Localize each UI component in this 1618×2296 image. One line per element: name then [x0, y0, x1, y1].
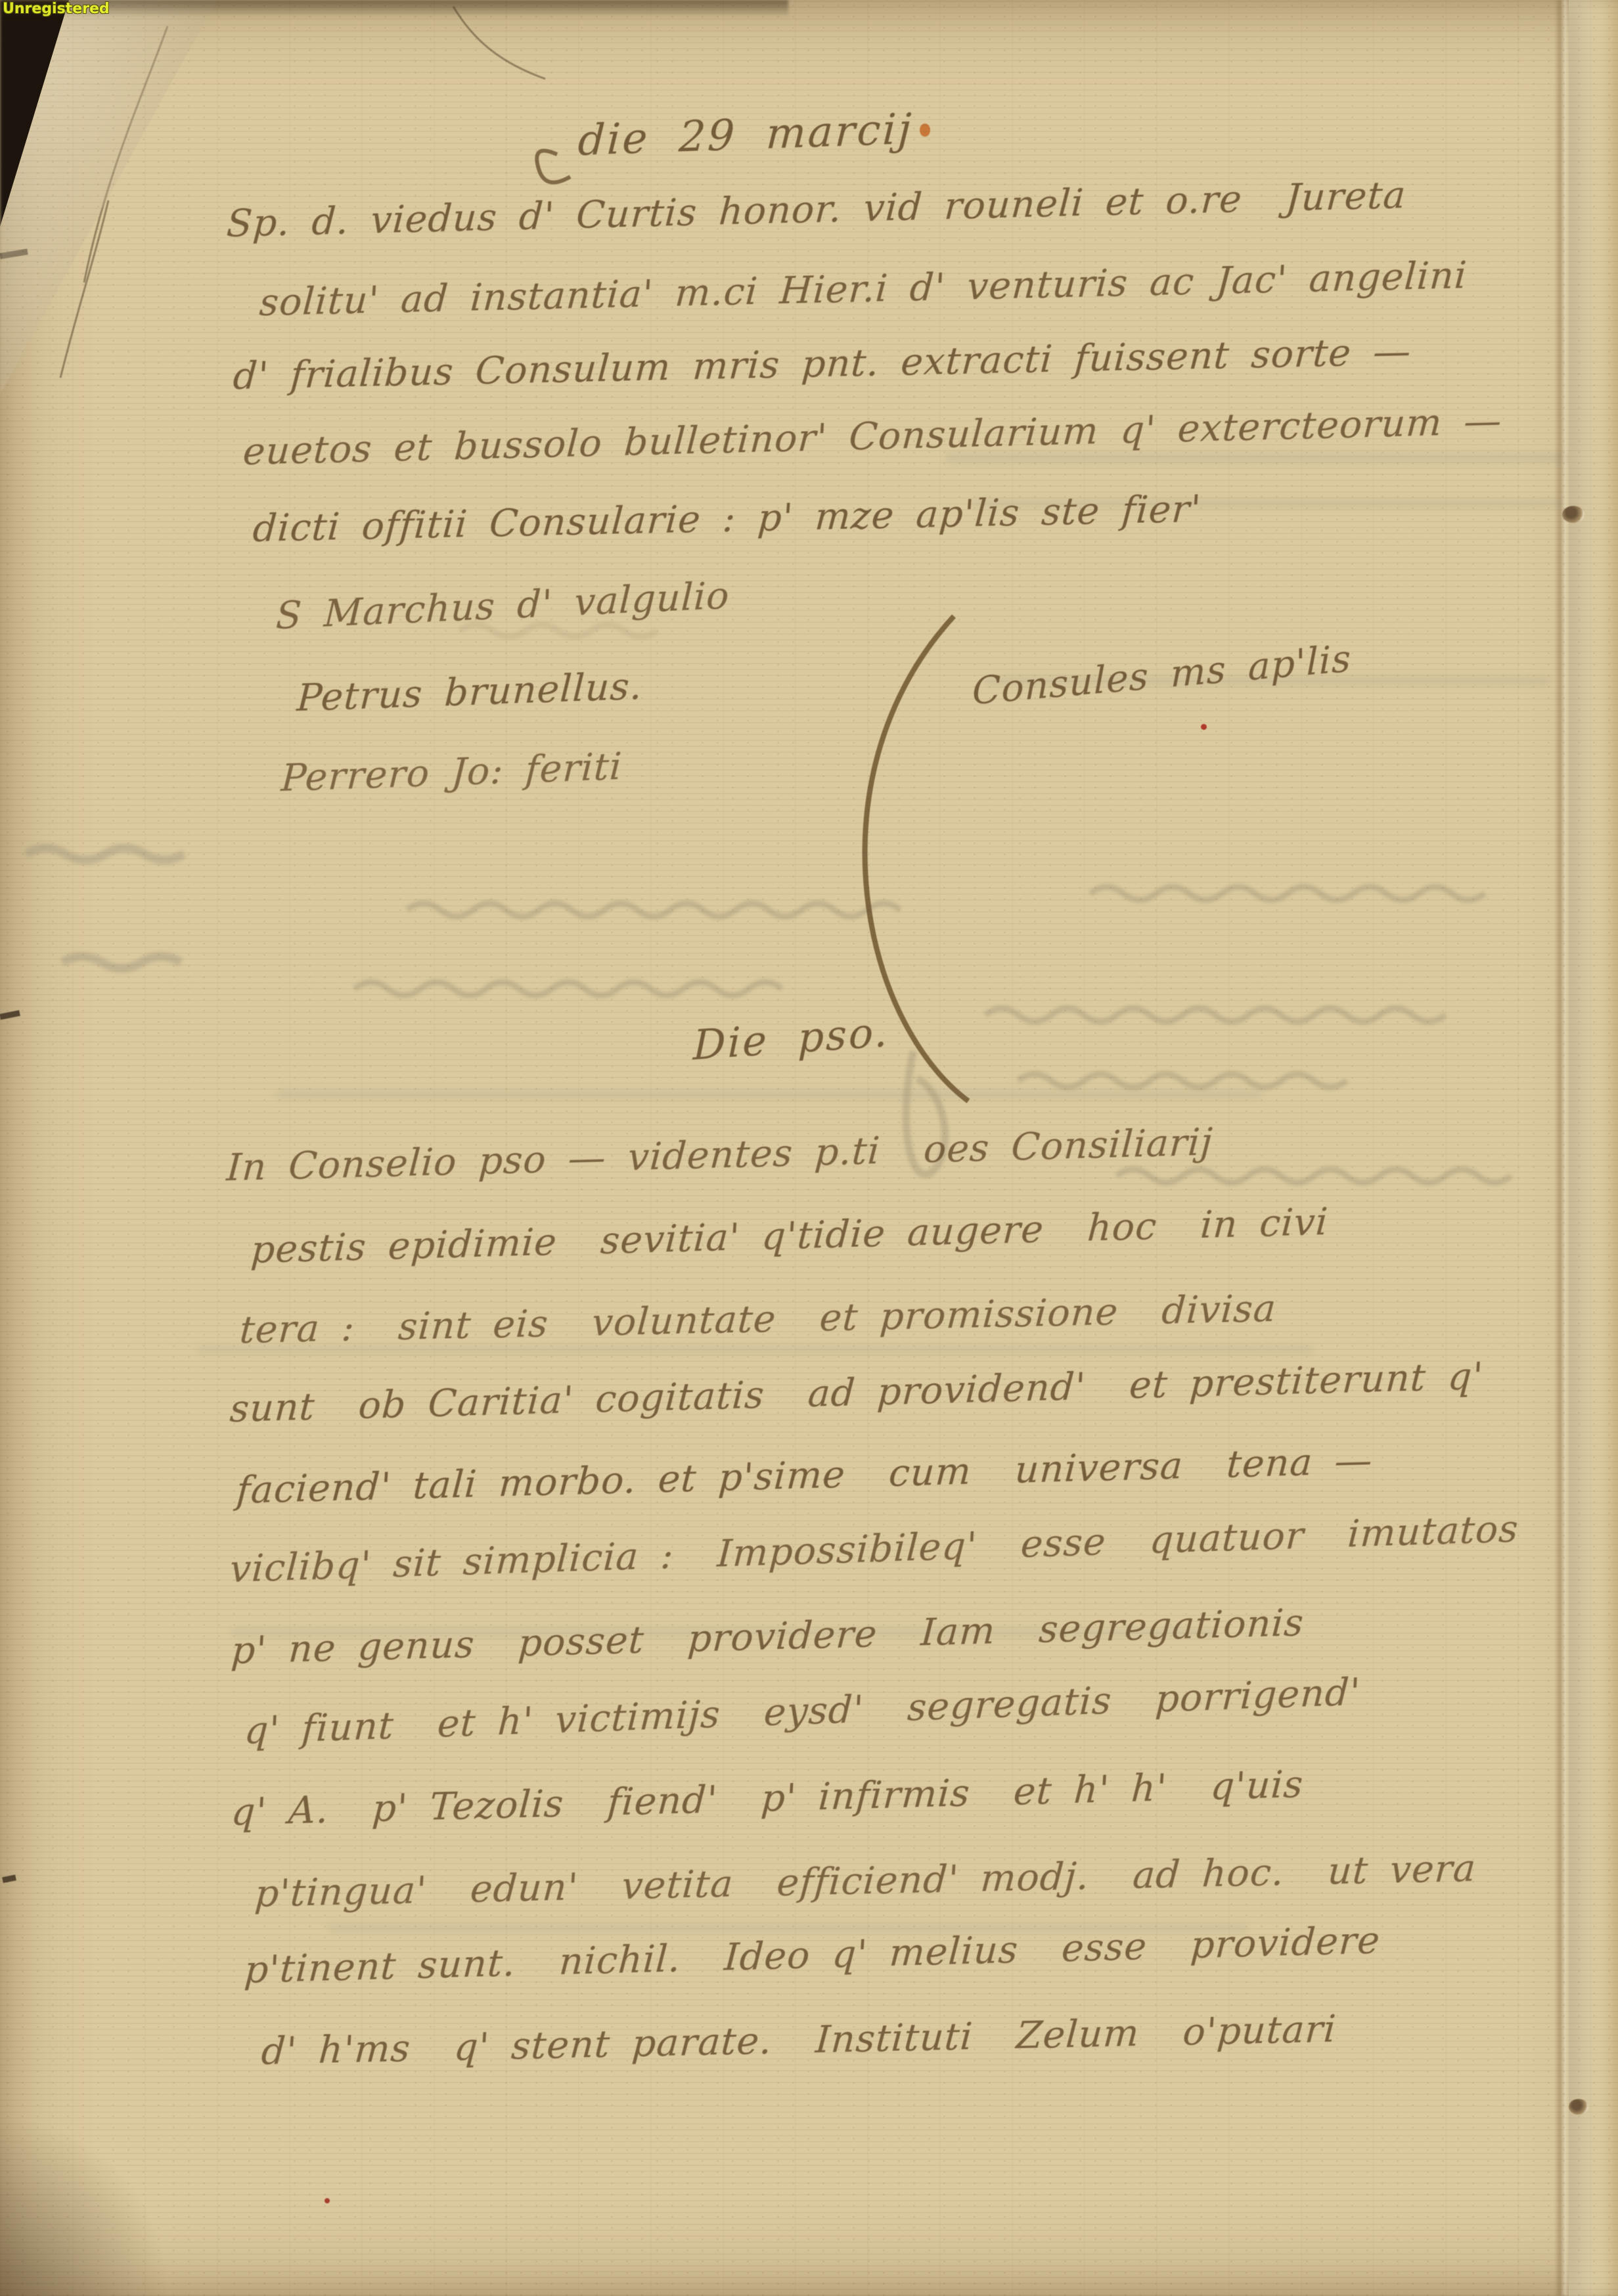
- binding-crease: [1554, 0, 1569, 2296]
- ink-speck: [1201, 724, 1207, 730]
- corner-shadow: [0, 2115, 171, 2296]
- sewing-hole: [1569, 2099, 1588, 2115]
- bleed-through-band: [946, 453, 1577, 462]
- bleed-through-band: [276, 1091, 1261, 1098]
- sewing-hole: [1562, 506, 1584, 523]
- top-edge-shadow: [0, 0, 788, 17]
- page-edge-right: [1569, 0, 1618, 2296]
- unregistered-watermark: Unregistered: [3, 1, 110, 17]
- ink-speck: [325, 2198, 330, 2203]
- ink-speck: [920, 124, 930, 137]
- manuscript-scan: die 29 marcij Sp. d. viedus d' Curtis ho…: [0, 0, 1618, 2296]
